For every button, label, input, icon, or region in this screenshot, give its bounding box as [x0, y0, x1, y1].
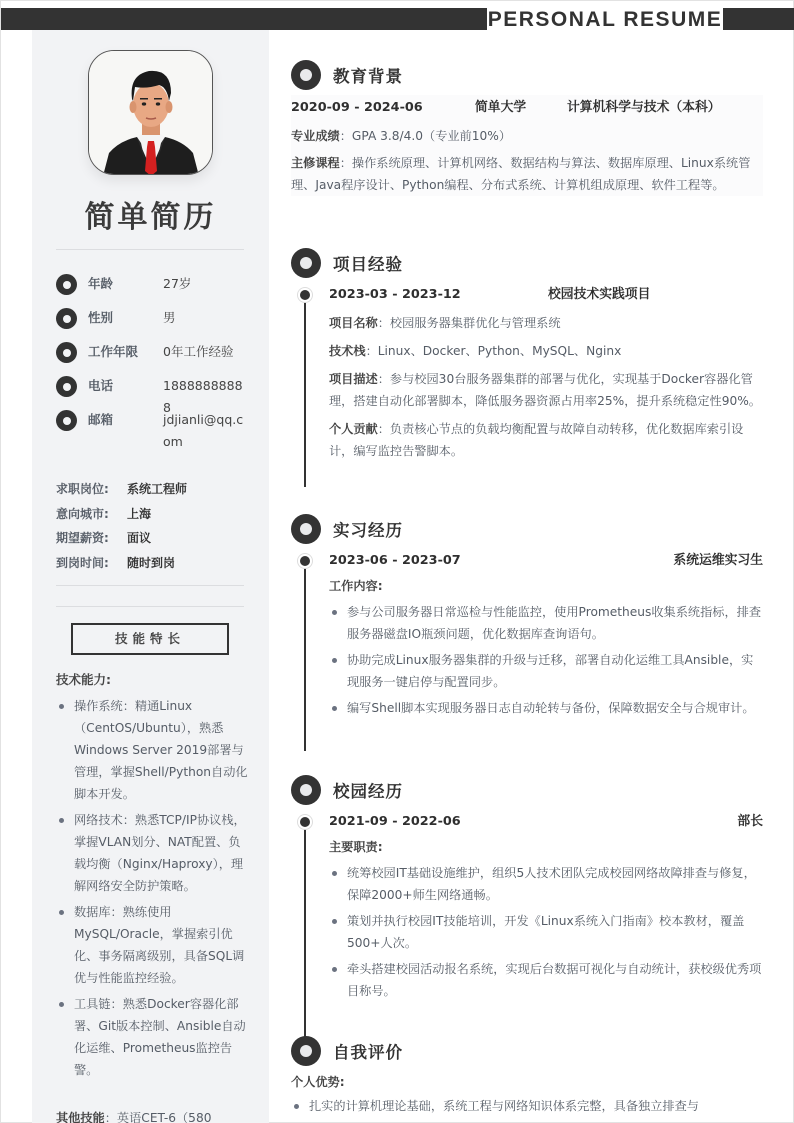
project-timeline-item: 2023-03 - 2023-12 校园技术实践项目 项目名称：校园服务器集群优…: [291, 283, 763, 462]
gpa-label: 专业成绩: [291, 129, 340, 143]
job-value: 面议: [127, 528, 151, 553]
section-header: 自我评价: [291, 1035, 763, 1067]
bullet-item: 策划并执行校园IT技能培训，开发《Linux系统入门指南》校本教材，覆盖500+…: [329, 910, 763, 954]
job-label: 求职岗位:: [56, 479, 127, 504]
bullet-item: 参与公司服务器日常巡检与性能监控，使用Prometheus收集系统指标，排查服务…: [329, 601, 763, 645]
ring-icon: [56, 308, 77, 329]
education-card: 2020-09 - 2024-06 简单大学 计算机科学与技术（本科） 专业成绩…: [291, 95, 763, 196]
info-value: 0年工作经验: [163, 341, 247, 363]
info-label: 年龄: [88, 273, 163, 295]
project-stack-line: 技术栈：Linux、Docker、Python、MySQL、Nginx: [329, 340, 763, 362]
email-value[interactable]: jdjianli@qq.com: [163, 409, 247, 453]
section-title: 实习经历: [333, 517, 403, 541]
internship-date: 2023-06 - 2023-07: [329, 549, 461, 573]
label: 项目描述: [329, 372, 378, 386]
section-self-evaluation: 自我评价 个人优势: 扎实的计算机理论基础，系统工程与网络知识体系完整，具备独立…: [291, 1035, 763, 1121]
info-row-email: 邮箱 jdjianli@qq.com: [56, 409, 256, 459]
education-major: 计算机科学与技术（本科）: [567, 95, 721, 121]
info-label: 邮箱: [88, 409, 163, 431]
timeline-dot-icon: [298, 554, 312, 568]
ring-icon: [56, 376, 77, 397]
skill-item: 工具链：熟悉Docker容器化部署、Git版本控制、Ansible自动化运维、P…: [56, 993, 248, 1081]
job-value: 系统工程师: [127, 479, 187, 504]
education-row: 2020-09 - 2024-06 简单大学 计算机科学与技术（本科）: [291, 95, 763, 121]
ring-icon: [291, 514, 321, 544]
value: ：负责核心节点的负载均衡配置与故障自动转移，优化数据库索引设计，编写监控告警脚本…: [329, 422, 743, 458]
ring-icon: [291, 775, 321, 805]
timeline-dot-icon: [298, 815, 312, 829]
section-title: 自我评价: [333, 1039, 403, 1063]
job-label: 期望薪资:: [56, 528, 127, 553]
timeline-header: 2023-06 - 2023-07 系统运维实习生: [329, 549, 763, 573]
header-bar-left: [1, 8, 487, 30]
resume-page: PERSONAL RESUME: [0, 0, 794, 1123]
info-value: 27岁: [163, 273, 247, 295]
ring-icon: [291, 60, 321, 90]
section-header: 教育背景: [291, 59, 763, 91]
value: ：校园服务器集群优化与管理系统: [378, 316, 561, 330]
bullet-item: 扎实的计算机理论基础，系统工程与网络知识体系完整，具备独立排查与: [291, 1095, 763, 1117]
courses-value: ：操作系统原理、计算机网络、数据结构与算法、数据库原理、Linux系统管理、Ja…: [291, 156, 750, 192]
info-label: 性别: [88, 307, 163, 329]
info-label: 工作年限: [88, 341, 163, 363]
job-row-position: 求职岗位: 系统工程师: [56, 479, 256, 504]
bullet-item: 编写Shell脚本实现服务器日志自动轮转与备份，保障数据安全与合规审计。: [329, 697, 763, 719]
header-bar-right: [723, 8, 794, 30]
project-date: 2023-03 - 2023-12: [329, 283, 461, 307]
campus-role: 部长: [737, 810, 763, 834]
section-header: 校园经历: [291, 774, 763, 806]
bullet-item: 统筹校园IT基础设施维护，组织5人技术团队完成校园网络故障排查与修复，保障200…: [329, 862, 763, 906]
job-row-salary: 期望薪资: 面议: [56, 528, 256, 553]
job-intention-list: 求职岗位: 系统工程师 意向城市: 上海 期望薪资: 面议 到岗时间: 随时到岗: [56, 479, 256, 577]
other-skills: 其他技能：英语CET-6（580: [56, 1107, 211, 1123]
divider: [56, 585, 244, 586]
sidebar: 简单简历 年龄 27岁 性别 男 工作年限 0年工作经验 电话 18888888: [32, 30, 269, 1123]
skills-heading: 技术能力:: [56, 670, 111, 688]
skill-item: 网络技术：熟悉TCP/IP协议栈，掌握VLAN划分、NAT配置、负载均衡（Ngi…: [56, 809, 248, 897]
bullet-item: 协助完成Linux服务器集群的升级与迁移，部署自动化运维工具Ansible，实现…: [329, 649, 763, 693]
section-title: 项目经验: [333, 251, 403, 275]
section-projects: 项目经验 2023-03 - 2023-12 校园技术实践项目 项目名称：校园服…: [291, 247, 763, 462]
project-contrib-line: 个人贡献：负责核心节点的负载均衡配置与故障自动转移，优化数据库索引设计，编写监控…: [329, 418, 763, 462]
skills-section-title: 技能特长: [71, 623, 229, 655]
duties-label: 主要职责:: [329, 836, 763, 858]
label: 技术栈: [329, 344, 366, 358]
timeline-line: [304, 295, 306, 487]
skills-list: 操作系统：精通Linux（CentOS/Ubuntu），熟悉Windows Se…: [56, 695, 248, 1085]
internship-timeline-item: 2023-06 - 2023-07 系统运维实习生 工作内容: 参与公司服务器日…: [291, 549, 763, 719]
timeline-dot-icon: [298, 288, 312, 302]
section-header: 实习经历: [291, 513, 763, 545]
work-content-label: 工作内容:: [329, 575, 763, 597]
education-school: 简单大学: [475, 95, 567, 121]
skill-item: 操作系统：精通Linux（CentOS/Ubuntu），熟悉Windows Se…: [56, 695, 248, 805]
gpa-value: ：GPA 3.8/4.0（专业前10%）: [340, 129, 511, 143]
label: 项目名称: [329, 316, 378, 330]
info-row-gender: 性别 男: [56, 307, 256, 341]
other-skills-value: ：英语CET-6（580: [105, 1111, 212, 1123]
personal-info-list: 年龄 27岁 性别 男 工作年限 0年工作经验 电话 18888888888 邮…: [56, 273, 256, 459]
education-date: 2020-09 - 2024-06: [291, 95, 475, 121]
internship-role: 系统运维实习生: [673, 549, 763, 573]
info-value: 男: [163, 307, 247, 329]
divider: [56, 606, 244, 607]
campus-bullets: 统筹校园IT基础设施维护，组织5人技术团队完成校园网络故障排查与修复，保障200…: [329, 862, 763, 1002]
divider: [56, 249, 244, 250]
bullet-item: 牵头搭建校园活动报名系统，实现后台数据可视化与自动统计，获校级优秀项目称号。: [329, 958, 763, 1002]
job-label: 到岗时间:: [56, 553, 127, 578]
section-internship: 实习经历 2023-06 - 2023-07 系统运维实习生 工作内容: 参与公…: [291, 513, 763, 723]
avatar: [88, 50, 213, 175]
timeline-header: 2021-09 - 2022-06 部长: [329, 810, 763, 834]
campus-timeline-item: 2021-09 - 2022-06 部长 主要职责: 统筹校园IT基础设施维护，…: [291, 810, 763, 1002]
timeline-line: [304, 822, 306, 1042]
project-desc-line: 项目描述：参与校园30台服务器集群的部署与优化，实现基于Docker容器化管理，…: [329, 368, 763, 412]
courses-label: 主修课程: [291, 156, 340, 170]
main-content: 教育背景 2020-09 - 2024-06 简单大学 计算机科学与技术（本科）…: [269, 30, 794, 1123]
gpa-line: 专业成绩：GPA 3.8/4.0（专业前10%）: [291, 125, 763, 147]
job-value: 上海: [127, 504, 151, 529]
other-skills-label: 其他技能: [56, 1111, 105, 1123]
job-row-city: 意向城市: 上海: [56, 504, 256, 529]
section-title: 校园经历: [333, 778, 403, 802]
job-value: 随时到岗: [127, 553, 175, 578]
info-row-experience: 工作年限 0年工作经验: [56, 341, 256, 375]
avatar-portrait-icon: [89, 51, 213, 175]
skill-item: 数据库：熟练使用MySQL/Oracle，掌握索引优化、事务隔离级别，具备SQL…: [56, 901, 248, 989]
info-label: 电话: [88, 375, 163, 397]
section-education: 教育背景 2020-09 - 2024-06 简单大学 计算机科学与技术（本科）…: [291, 59, 763, 196]
project-name-line: 项目名称：校园服务器集群优化与管理系统: [329, 312, 763, 334]
ring-icon: [291, 1036, 321, 1066]
courses-line: 主修课程：操作系统原理、计算机网络、数据结构与算法、数据库原理、Linux系统管…: [291, 152, 763, 196]
project-role: 校园技术实践项目: [548, 283, 650, 307]
self-eval-bullets: 扎实的计算机理论基础，系统工程与网络知识体系完整，具备独立排查与: [291, 1095, 763, 1117]
candidate-name: 简单简历: [32, 192, 269, 236]
timeline-header: 2023-03 - 2023-12 校园技术实践项目: [329, 283, 763, 307]
ring-icon: [56, 410, 77, 431]
ring-icon: [291, 248, 321, 278]
info-row-phone: 电话 18888888888: [56, 375, 256, 409]
job-label: 意向城市:: [56, 504, 127, 529]
ring-icon: [56, 342, 77, 363]
value: ：Linux、Docker、Python、MySQL、Nginx: [366, 344, 622, 358]
section-header: 项目经验: [291, 247, 763, 279]
internship-bullets: 参与公司服务器日常巡检与性能监控，使用Prometheus收集系统指标，排查服务…: [329, 601, 763, 719]
section-campus: 校园经历 2021-09 - 2022-06 部长 主要职责: 统筹校园IT基础…: [291, 774, 763, 1006]
section-title: 教育背景: [333, 63, 403, 87]
timeline-line: [304, 561, 306, 751]
job-row-start: 到岗时间: 随时到岗: [56, 553, 256, 578]
campus-date: 2021-09 - 2022-06: [329, 810, 461, 834]
advantages-label: 个人优势:: [291, 1071, 763, 1093]
label: 个人贡献: [329, 422, 378, 436]
info-row-age: 年龄 27岁: [56, 273, 256, 307]
ring-icon: [56, 274, 77, 295]
value: ：参与校园30台服务器集群的部署与优化，实现基于Docker容器化管理，搭建自动…: [329, 372, 761, 408]
